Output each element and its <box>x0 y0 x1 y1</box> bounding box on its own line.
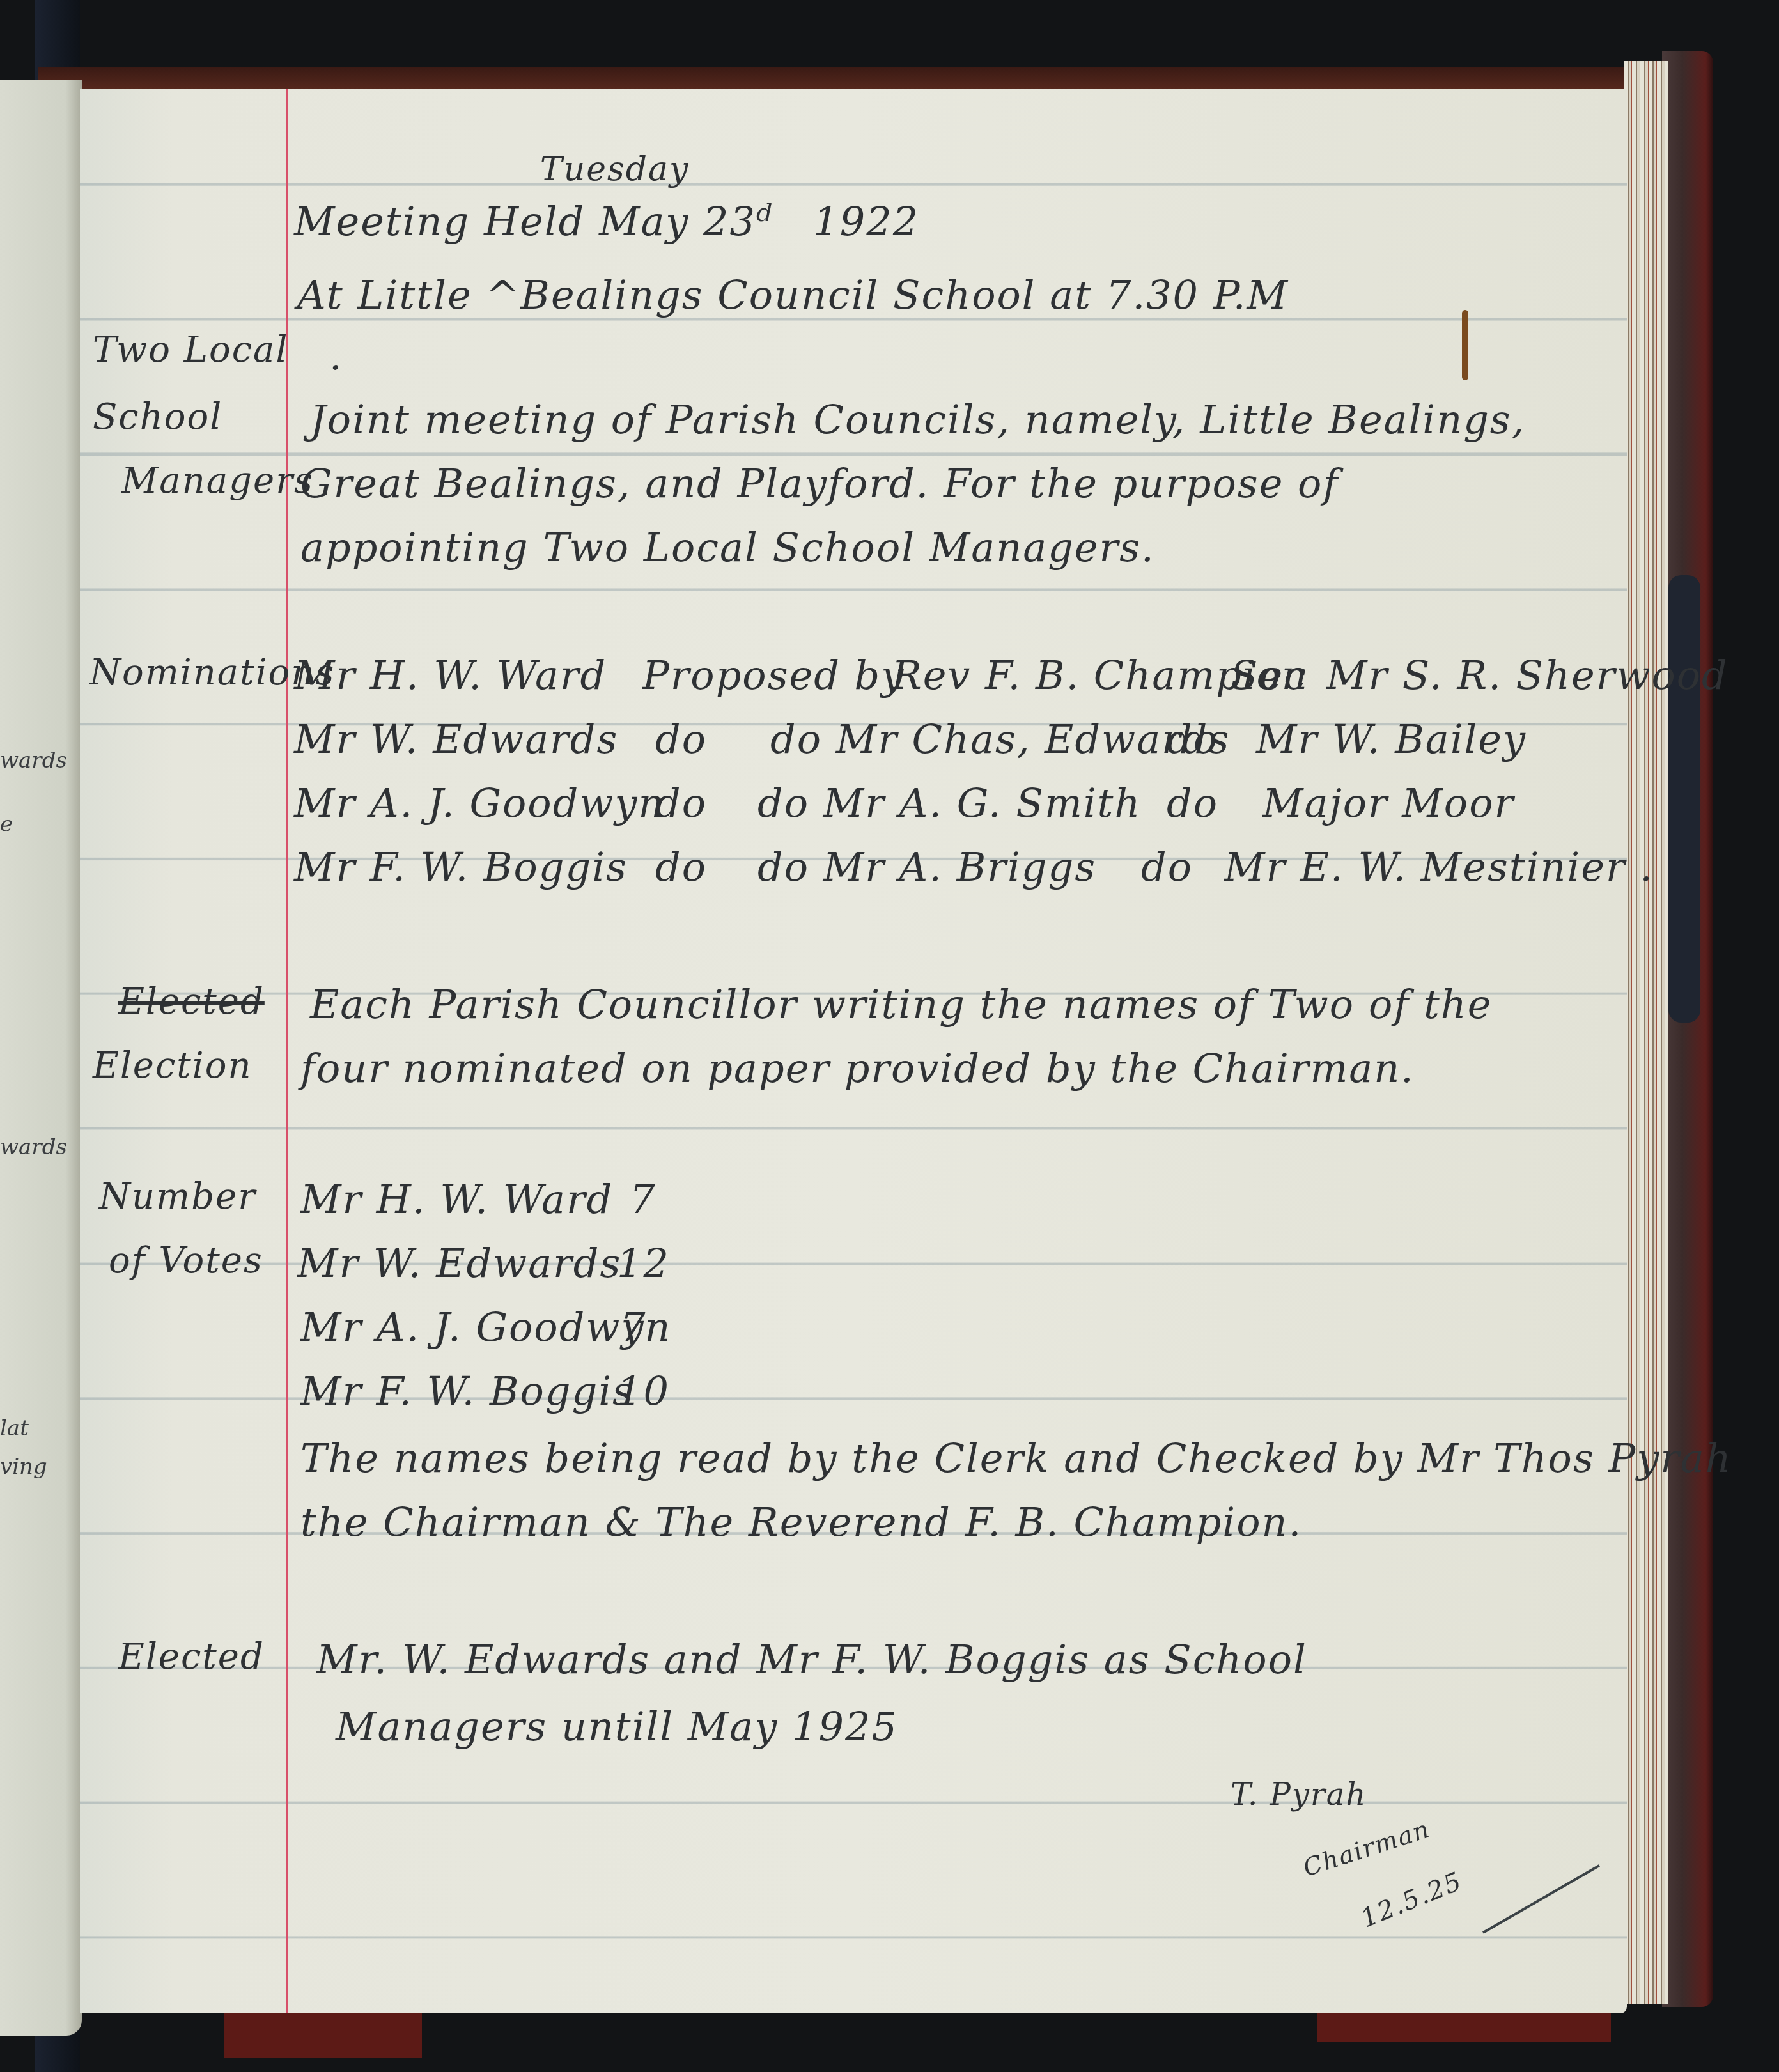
margin-label: Election <box>93 1045 252 1086</box>
book-cover-right <box>1662 51 1713 2007</box>
vote-count: 10 <box>617 1368 670 1414</box>
meeting-year: 1922 <box>813 198 919 245</box>
seconder: Mr S. R. Sherwood <box>1326 652 1729 699</box>
seconded-label: do <box>1167 780 1218 826</box>
body-line: Each Parish Councillor writing the names… <box>310 981 1492 1028</box>
left-fragment-text: e <box>0 812 13 837</box>
vote-count: 12 <box>617 1240 670 1287</box>
body-line: four nominated on paper provided by the … <box>300 1045 1415 1092</box>
page-edges <box>1624 61 1668 2004</box>
margin-label: Number <box>99 1176 256 1218</box>
proposer: do Mr Chas, Edwards <box>770 716 1230 762</box>
nominee: Mr W. Edwards <box>294 716 618 762</box>
seconded-label: Sec <box>1231 652 1307 699</box>
proposed-label: do <box>655 780 707 826</box>
candidate-name: Mr F. W. Boggis <box>300 1368 634 1414</box>
cover-corner-fragment <box>1317 2013 1611 2042</box>
body-line: Great Bealings, and Playford. For the pu… <box>300 460 1339 507</box>
vote-count: 7 <box>630 1176 656 1223</box>
candidate-name: Mr W. Edwards <box>297 1240 621 1287</box>
proposed-label: do <box>655 844 707 890</box>
left-fragment-text: wards <box>0 748 67 773</box>
meeting-date-text: Meeting Held May 23 <box>294 198 756 245</box>
seconder: Mr E. W. Mestinier . <box>1224 844 1654 890</box>
heading-line-1: Meeting Held May 23d 1922 <box>294 198 919 245</box>
margin-label: School <box>93 396 222 438</box>
left-fragment-text: wards <box>0 1134 67 1160</box>
nominee: Mr H. W. Ward <box>294 652 607 699</box>
left-page-fragment: wards e wards lat ving <box>0 80 82 2036</box>
heading-insertion: Tuesday <box>540 150 689 189</box>
body-line: the Chairman & The Reverend F. B. Champi… <box>300 1499 1302 1545</box>
nominee: Mr F. W. Boggis <box>294 844 628 890</box>
heading-dot: . <box>329 332 343 379</box>
ink-stain <box>1462 310 1468 380</box>
seconder: Major Moor <box>1262 780 1514 826</box>
date-suffix: d <box>756 198 774 228</box>
seconded-label: do <box>1167 716 1218 762</box>
margin-rule <box>286 89 288 2013</box>
ribbon-marker <box>1668 575 1700 1023</box>
cover-corner-fragment <box>224 2013 422 2058</box>
body-line: Mr. W. Edwards and Mr F. W. Boggis as Sc… <box>316 1636 1307 1683</box>
margin-label: Managers <box>121 460 314 502</box>
book-cover-top <box>38 67 1675 93</box>
margin-label: of Votes <box>109 1240 263 1281</box>
margin-label: Elected <box>118 1636 265 1678</box>
body-line: Managers untill May 1925 <box>336 1703 898 1750</box>
left-fragment-text: lat <box>0 1416 29 1441</box>
proposer: do Mr A. Briggs <box>757 844 1096 890</box>
candidate-name: Mr A. J. Goodwyn <box>300 1304 671 1350</box>
minute-book-page: Tuesday Meeting Held May 23d 1922 At Lit… <box>80 89 1627 2013</box>
body-line: Joint meeting of Parish Councils, namely… <box>310 396 1525 443</box>
seconder: Mr W. Bailey <box>1256 716 1527 762</box>
margin-label-struck: Elected <box>118 981 265 1023</box>
heading-line-2: At Little ^Bealings Council School at 7.… <box>297 272 1289 318</box>
margin-label: Two Local <box>93 329 288 371</box>
proposer: do Mr A. G. Smith <box>757 780 1141 826</box>
proposed-label: do <box>655 716 707 762</box>
body-line: The names being read by the Clerk and Ch… <box>300 1435 1732 1481</box>
body-line: appointing Two Local School Managers. <box>300 524 1155 571</box>
vote-count: 7 <box>620 1304 646 1350</box>
left-fragment-text: ving <box>0 1454 47 1480</box>
signature-name: T. Pyrah <box>1231 1777 1367 1813</box>
seconded-label: do <box>1141 844 1193 890</box>
nominee: Mr A. J. Goodwyn <box>294 780 665 826</box>
candidate-name: Mr H. W. Ward <box>300 1176 613 1223</box>
proposed-label: Proposed by <box>642 652 905 699</box>
